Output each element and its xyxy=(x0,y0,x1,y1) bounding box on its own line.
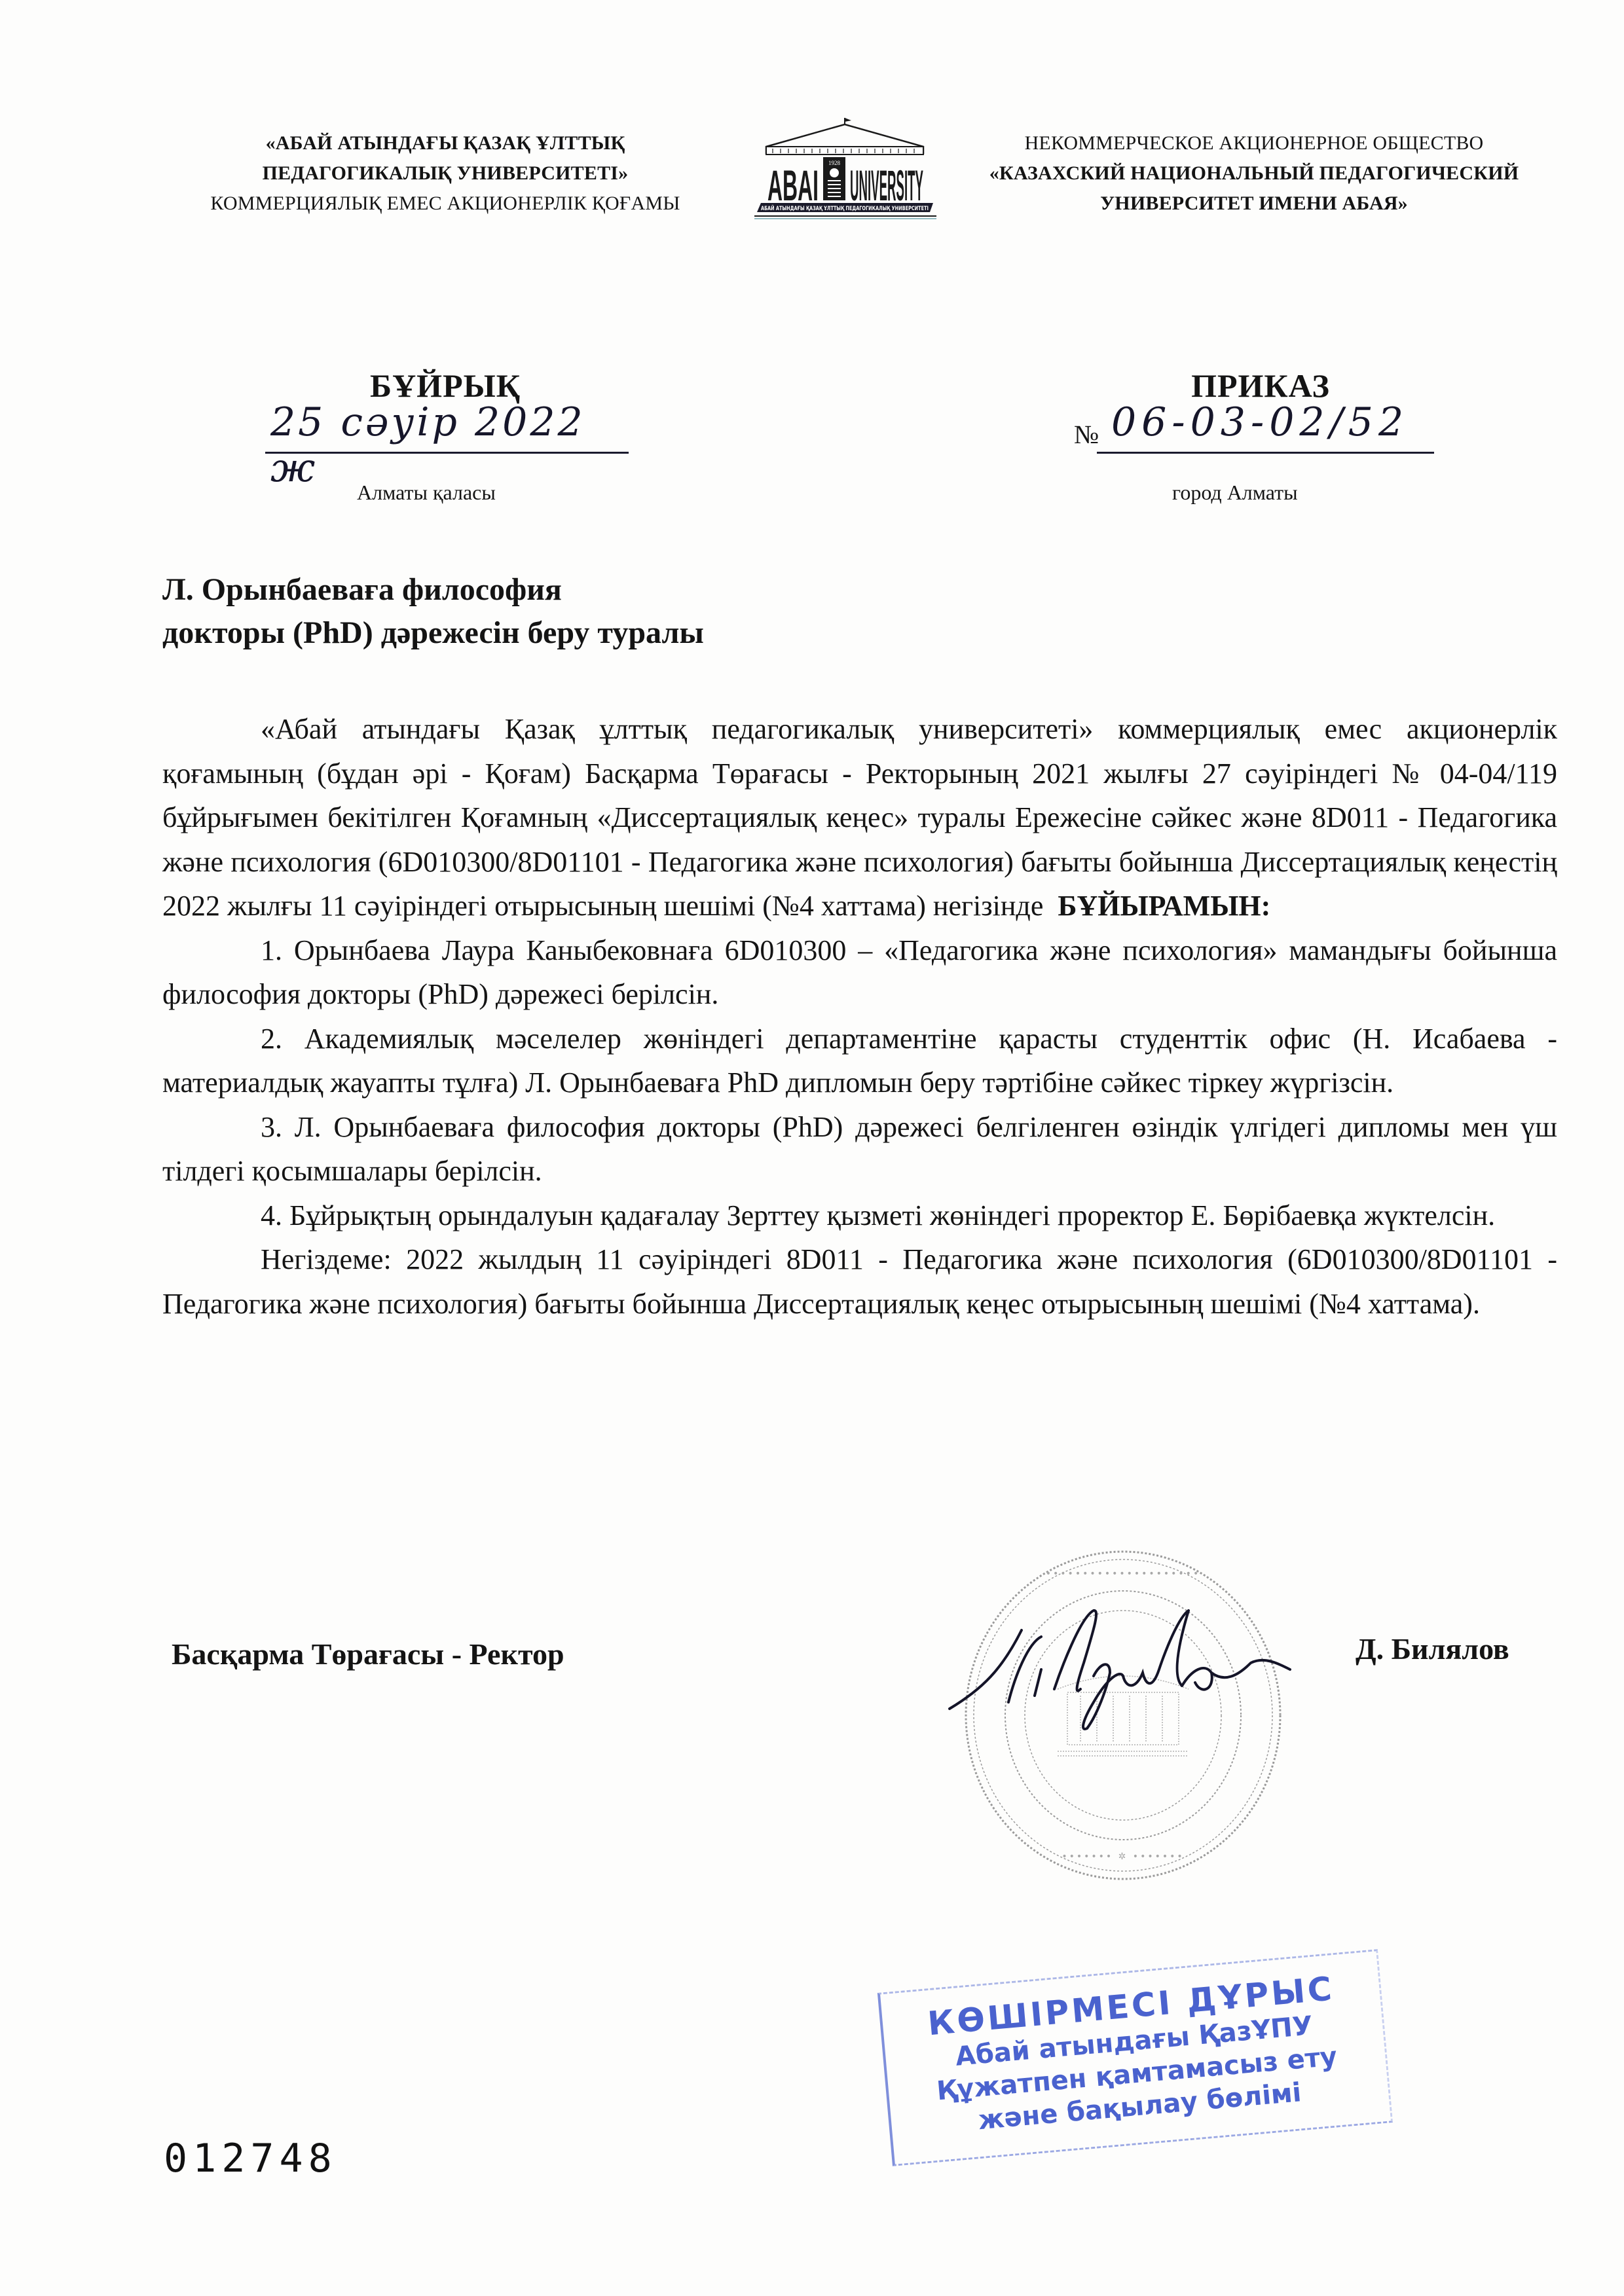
subject-line2: докторы (PhD) дәрежесін беру туралы xyxy=(162,611,704,655)
copy-certified-stamp: КӨШІРМЕСІ ДҰРЫС Абай атындағы ҚазҰПУ Құж… xyxy=(877,1949,1393,2166)
rector-signature xyxy=(943,1591,1297,1735)
order-number-field: 06-03-02/52 xyxy=(1097,398,1434,454)
header-ru-line1: НЕКОММЕРЧЕСКОЕ АКЦИОНЕРНОЕ ОБЩЕСТВО xyxy=(953,128,1555,158)
order-number-label: № xyxy=(1074,419,1099,450)
header-org-name-kz: «АБАЙ АТЫНДАҒЫ ҚАЗАҚ ҰЛТТЫҚ ПЕДАГОГИКАЛЫ… xyxy=(177,128,714,219)
signatory-position: Басқарма Төрағасы - Ректор xyxy=(172,1637,564,1671)
header-kz-line1: «АБАЙ АТЫНДАҒЫ ҚАЗАҚ ҰЛТТЫҚ xyxy=(177,128,714,158)
city-ru: город Алматы xyxy=(1172,481,1298,505)
header-ru-line2: «КАЗАХСКИЙ НАЦИОНАЛЬНЫЙ ПЕДАГОГИЧЕСКИЙ xyxy=(953,158,1555,189)
header-kz-line2: ПЕДАГОГИКАЛЫҚ УНИВЕРСИТЕТІ» xyxy=(177,158,714,189)
order-number-handwritten: 06-03-02/52 xyxy=(1111,399,1409,445)
abai-university-logo: ABAI 1928 UNIVERSITY АБАЙ АТЫНДАҒЫ ҚАЗАҚ… xyxy=(747,117,943,221)
svg-text:••••••• ✲ •••••••: ••••••• ✲ ••••••• xyxy=(1061,1851,1184,1862)
svg-text:АБАЙ АТЫНДАҒЫ ҚАЗАҚ ҰЛТТЫҚ ПЕД: АБАЙ АТЫНДАҒЫ ҚАЗАҚ ҰЛТТЫҚ ПЕДАГОГИКАЛЫҚ… xyxy=(761,204,929,212)
header-kz-line3: КОММЕРЦИЯЛЫҚ ЕМЕС АКЦИОНЕРЛІК ҚОҒАМЫ xyxy=(177,189,714,219)
header-org-name-ru: НЕКОММЕРЧЕСКОЕ АКЦИОНЕРНОЕ ОБЩЕСТВО «КАЗ… xyxy=(953,128,1555,219)
order-date-field: 25 сәуір 2022 ж xyxy=(265,399,629,454)
signatory-name: Д. Билялов xyxy=(1356,1631,1509,1666)
order-body: «Абай атындағы Қазақ ұлттық педагогикалы… xyxy=(162,707,1557,1326)
order-item-3: 3. Л. Орынбаеваға философия докторы (PhD… xyxy=(162,1105,1557,1194)
svg-text:1928: 1928 xyxy=(828,160,841,166)
order-item-4: 4. Бұйрықтың орындалуын қадағалау Зертте… xyxy=(162,1194,1557,1238)
header-ru-line3: УНИВЕРСИТЕТ ИМЕНИ АБАЯ» xyxy=(953,189,1555,219)
order-word: БҰЙЫРАМЫН: xyxy=(1058,890,1270,922)
order-subject: Л. Орынбаеваға философия докторы (PhD) д… xyxy=(162,568,704,655)
order-date-handwritten: 25 сәуір 2022 ж xyxy=(270,399,629,491)
order-item-2: 2. Академиялық мәселелер жөніндегі депар… xyxy=(162,1017,1557,1105)
preamble-paragraph: «Абай атындағы Қазақ ұлттық педагогикалы… xyxy=(162,707,1557,928)
basis-paragraph: Негіздеме: 2022 жылдың 11 сәуіріндегі 8D… xyxy=(162,1237,1557,1326)
city-kz: Алматы қаласы xyxy=(357,481,496,505)
preamble-text: «Абай атындағы Қазақ ұлттық педагогикалы… xyxy=(162,713,1557,922)
svg-text:UNIVERSITY: UNIVERSITY xyxy=(850,161,923,210)
svg-text:ABAI: ABAI xyxy=(767,161,819,210)
subject-line1: Л. Орынбаеваға философия xyxy=(162,568,704,611)
order-item-1: 1. Орынбаева Лаура Каныбековнаға 6D01030… xyxy=(162,928,1557,1017)
document-serial-number: 012748 xyxy=(164,2136,337,2181)
svg-text:•••••••••••••••••••••: ••••••••••••••••••••• xyxy=(1046,1569,1200,1579)
